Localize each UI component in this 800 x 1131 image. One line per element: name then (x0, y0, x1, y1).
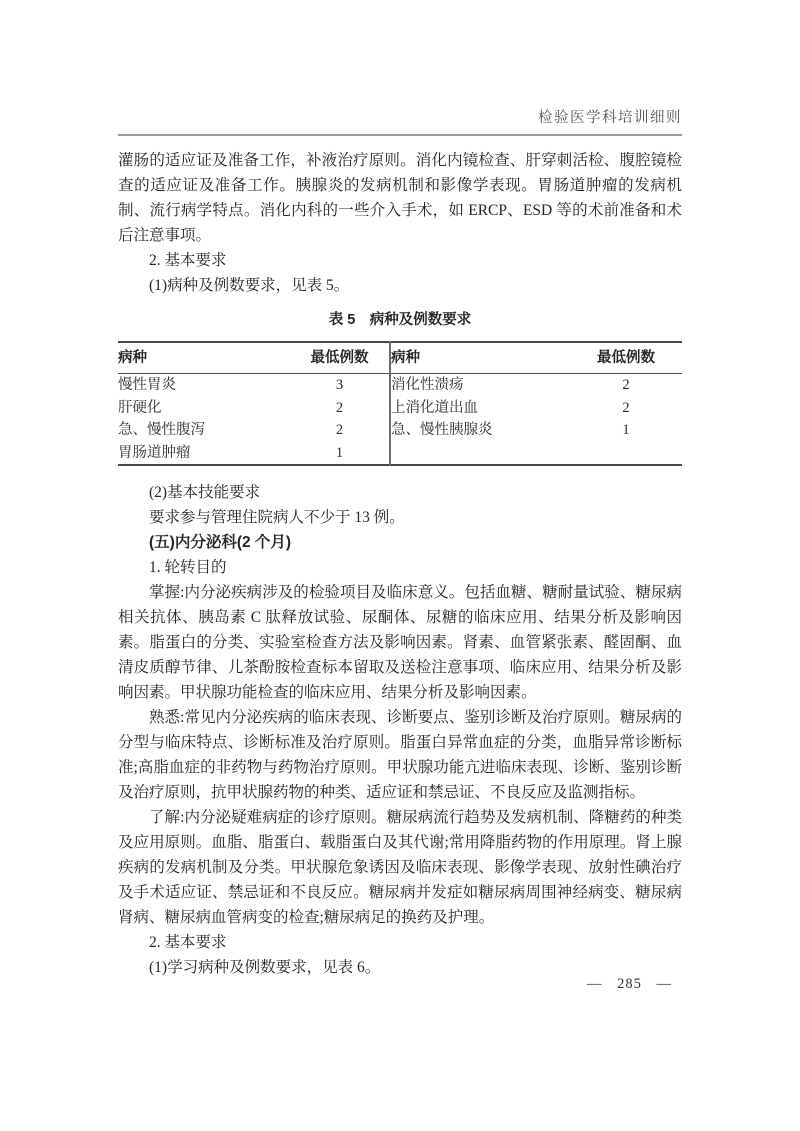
table-row: 胃肠道肿瘤 1 (118, 442, 682, 466)
cell-count: 2 (570, 374, 682, 397)
cell-disease: 肝硬化 (118, 397, 290, 420)
running-header-title: 检验医学科培训细则 (118, 106, 682, 136)
table5-title: 表 5 病种及例数要求 (118, 308, 682, 333)
cell-disease: 急、慢性胰腺炎 (390, 419, 570, 442)
cell-count: 2 (570, 397, 682, 420)
paragraph-master: 掌握:内分泌疾病涉及的检验项目及临床意义。包括血糖、糖耐量试验、糖尿病相关抗体、… (118, 580, 682, 705)
document-page: 检验医学科培训细则 灌肠的适应证及准备工作，补液治疗原则。消化内镜检查、肝穿刺活… (0, 0, 800, 1131)
cell-count: 1 (290, 442, 390, 466)
cell-count: 2 (290, 419, 390, 442)
cell-disease (390, 442, 570, 466)
cell-disease: 消化性溃疡 (390, 374, 570, 397)
cell-disease: 急、慢性腹泻 (118, 419, 290, 442)
cell-disease: 上消化道出血 (390, 397, 570, 420)
list-item-case-requirements: (1)病种及例数要求，见表 5。 (118, 273, 682, 298)
paragraph-familiar: 熟悉:常见内分泌疾病的临床表现、诊断要点、鉴别诊断及治疗原则。糖尿病的分型与临床… (118, 705, 682, 805)
list-item-basic-skills: (2)基本技能要求 (118, 480, 682, 505)
table-row: 慢性胃炎 3 消化性溃疡 2 (118, 374, 682, 397)
list-item-basic-requirements-2: 2. 基本要求 (118, 930, 682, 955)
cell-disease: 慢性胃炎 (118, 374, 290, 397)
paragraph-understand: 了解:内分泌疑难病症的诊疗原则。糖尿病流行趋势及发病机制、降糖药的种类及应用原则… (118, 805, 682, 930)
table-row: 急、慢性腹泻 2 急、慢性胰腺炎 1 (118, 419, 682, 442)
cell-count (570, 442, 682, 466)
page-content: 检验医学科培训细则 灌肠的适应证及准备工作，补液治疗原则。消化内镜检查、肝穿刺活… (118, 106, 682, 980)
section-heading-endocrinology: (五)内分泌科(2 个月) (118, 530, 682, 555)
column-header-min-cases: 最低例数 (290, 342, 390, 374)
cell-count: 2 (290, 397, 390, 420)
column-header-disease: 病种 (118, 342, 290, 374)
column-header-disease: 病种 (390, 342, 570, 374)
table-row: 肝硬化 2 上消化道出血 2 (118, 397, 682, 420)
paragraph: 灌肠的适应证及准备工作，补液治疗原则。消化内镜检查、肝穿刺活检、腹腔镜检查的适应… (118, 148, 682, 248)
paragraph-inpatient-requirement: 要求参与管理住院病人不少于 13 例。 (118, 505, 682, 530)
table5-block: 表 5 病种及例数要求 病种 最低例数 病种 最低例数 (118, 308, 682, 466)
cell-count: 3 (290, 374, 390, 397)
column-header-min-cases: 最低例数 (570, 342, 682, 374)
body-text: 灌肠的适应证及准备工作，补液治疗原则。消化内镜检查、肝穿刺活检、腹腔镜检查的适应… (118, 148, 682, 980)
cell-disease: 胃肠道肿瘤 (118, 442, 290, 466)
list-item-basic-requirements: 2. 基本要求 (118, 248, 682, 273)
table5: 病种 最低例数 病种 最低例数 慢性胃炎 3 消化性溃疡 2 (118, 341, 682, 466)
list-item-rotation-purpose: 1. 轮转目的 (118, 555, 682, 580)
cell-count: 1 (570, 419, 682, 442)
table-header-row: 病种 最低例数 病种 最低例数 (118, 342, 682, 374)
page-number: — 285 — (118, 976, 682, 993)
